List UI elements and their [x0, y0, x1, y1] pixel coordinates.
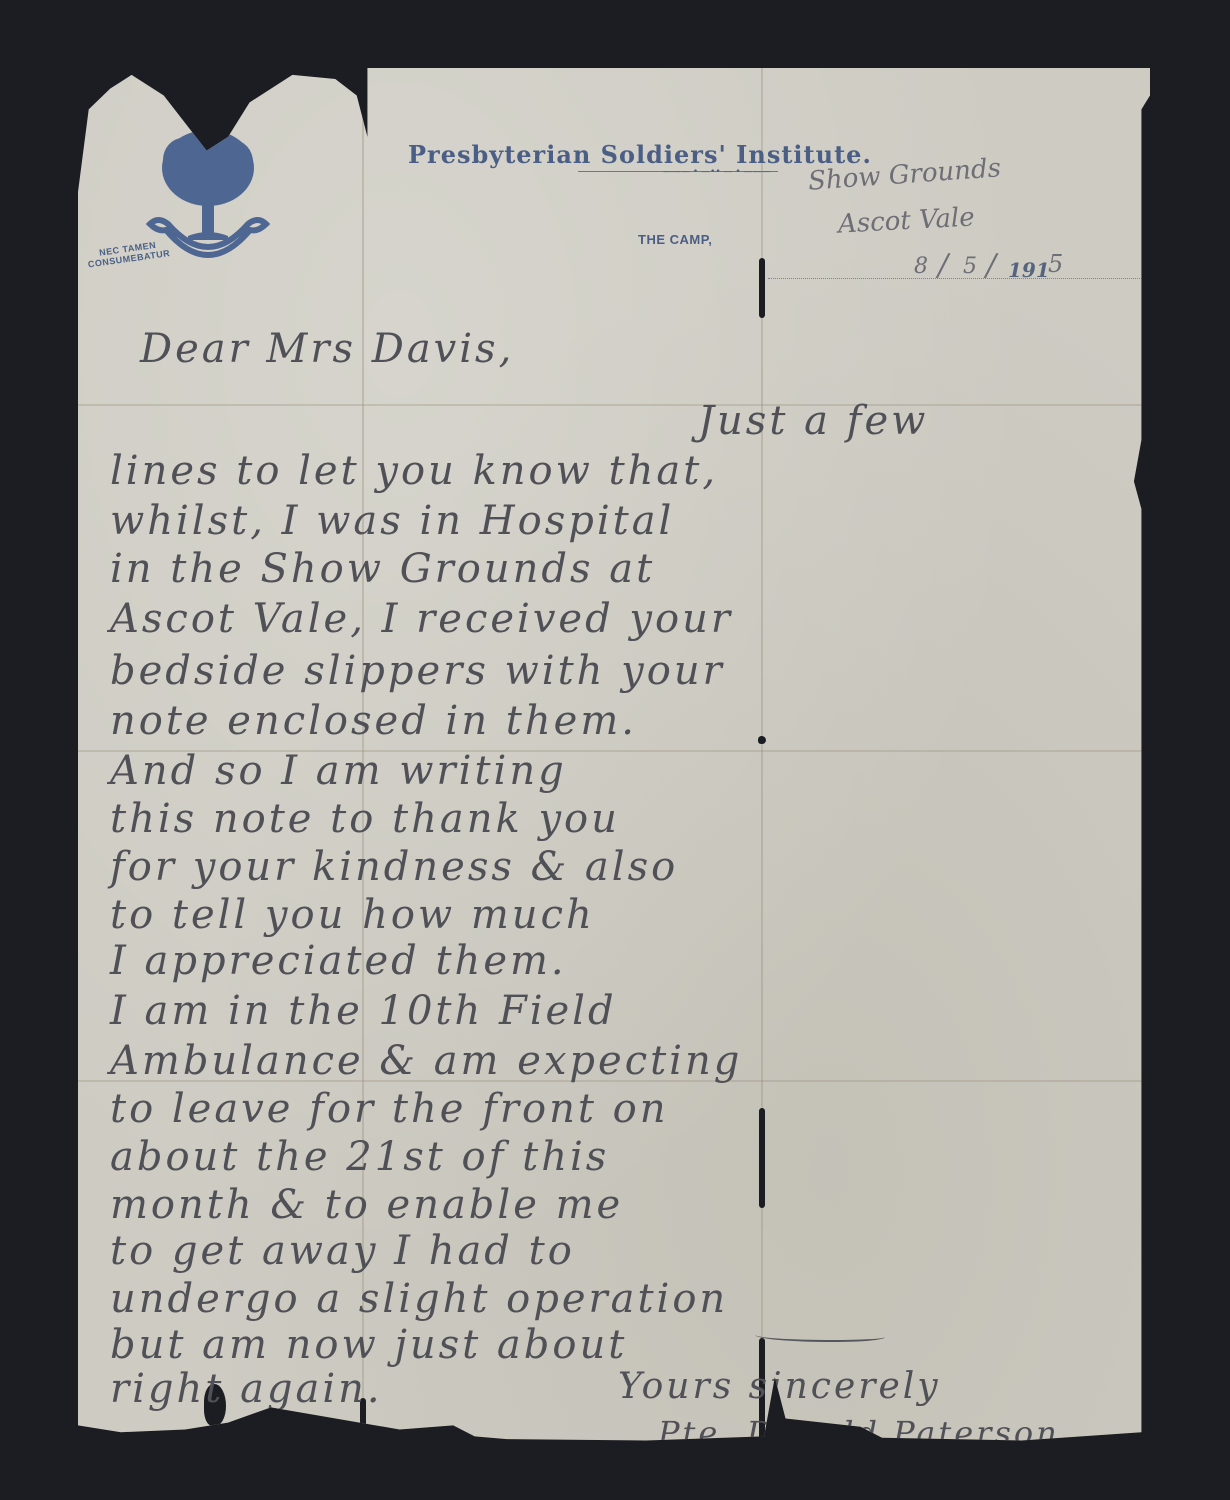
- date-printed-year-prefix: 191: [1008, 258, 1050, 282]
- letterhead-location-label: THE CAMP,: [638, 232, 712, 247]
- letter-line: to leave for the front on: [110, 1086, 669, 1132]
- paper-tear: [759, 258, 765, 318]
- letter-line: undergo a slight operation: [110, 1276, 728, 1322]
- letter-line: I am in the 10th Field: [110, 988, 617, 1034]
- letterhead-divider-ornament: ——— • —•• — • ———: [663, 167, 771, 177]
- fold-line-horizontal-top: [78, 404, 1150, 406]
- letter-line: Ascot Vale, I received your: [110, 596, 733, 642]
- date-separator: /: [938, 248, 948, 283]
- letter-line: Ambulance & am expecting: [110, 1038, 742, 1084]
- letter-line: in the Show Grounds at: [110, 546, 655, 592]
- letter-line: whilst, I was in Hospital: [110, 498, 674, 544]
- letter-line: about the 21st of this: [110, 1134, 609, 1180]
- paper-hole: [758, 736, 766, 744]
- letter-line: Just a few: [698, 398, 928, 444]
- closing: Yours sincerely: [618, 1366, 941, 1407]
- letter-line: lines to let you know that,: [110, 448, 718, 494]
- letter-line: this note to thank you: [110, 796, 620, 842]
- letter-line: right again.: [110, 1366, 383, 1412]
- letter-line: And so I am writing: [110, 748, 567, 794]
- salutation: Dear Mrs Davis,: [140, 326, 514, 372]
- letter-line: to get away I had to: [110, 1228, 575, 1274]
- letter-line: for your kindness & also: [110, 844, 678, 890]
- date-separator: /: [986, 248, 996, 283]
- date-year-suffix: 5: [1048, 250, 1063, 278]
- paper-tear: [759, 1108, 765, 1208]
- letter-line: but am now just about: [110, 1322, 627, 1368]
- date-month: 5: [963, 254, 977, 279]
- letterhead-title: Presbyterian Soldiers' Institute.: [408, 140, 872, 169]
- letter-line: note enclosed in them.: [110, 698, 637, 744]
- date-day: 8: [914, 254, 928, 279]
- letter-line: month & to enable me: [110, 1182, 623, 1228]
- letter-line: I appreciated them.: [110, 938, 567, 984]
- address-line-2: Ascot Vale: [837, 202, 975, 239]
- signature: Pte. Donald Paterson: [658, 1414, 1060, 1452]
- letter-line: bedside slippers with your: [110, 648, 725, 694]
- letter-paper: NEC TAMEN CONSUMEBATUR Presbyterian Sold…: [78, 68, 1150, 1446]
- letter-line: to tell you how much: [110, 892, 595, 938]
